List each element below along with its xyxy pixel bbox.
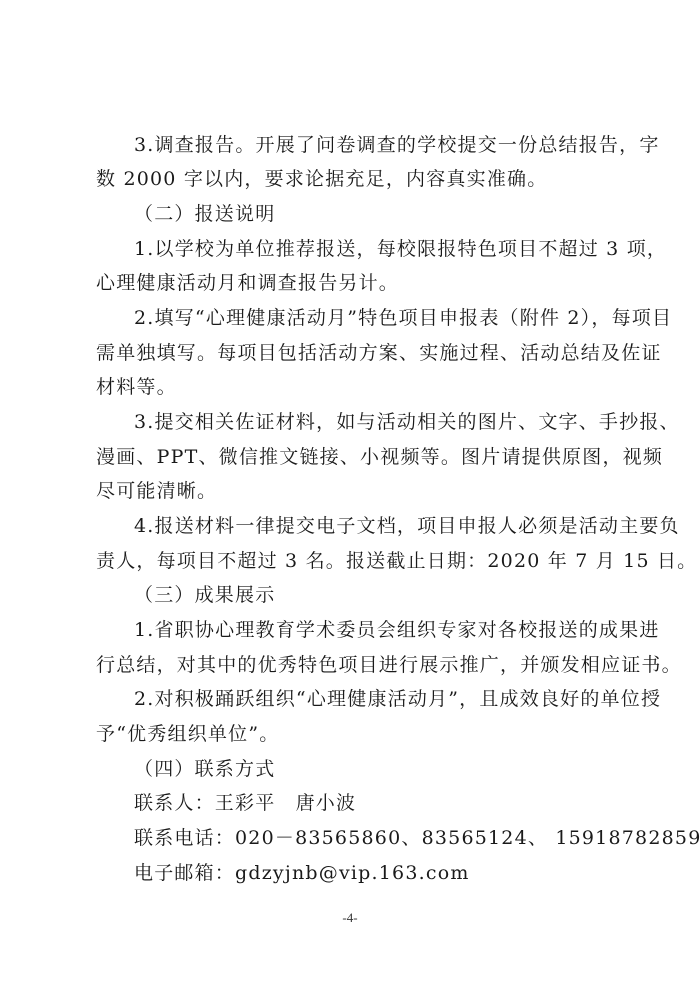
text-line: 4.报送材料一律提交电子文档，项目申报人必须是活动主要负 — [134, 514, 602, 538]
text-line: 心理健康活动月和调查报告另计。 — [96, 271, 602, 295]
text-line: 行总结，对其中的优秀特色项目进行展示推广，并颁发相应证书。 — [96, 653, 602, 677]
text-line: 电子邮箱：gdzyjnb@vip.163.com — [134, 861, 602, 885]
text-line: 联系人：王彩平 唐小波 — [134, 791, 602, 815]
text-line: 责人，每项目不超过 3 名。报送截止日期：2020 年 7 月 15 日。 — [96, 549, 602, 573]
text-line: （二）报送说明 — [134, 202, 602, 226]
text-line: （三）成果展示 — [134, 583, 602, 607]
text-line: 需单独填写。每项目包括活动方案、实施过程、活动总结及佐证 — [96, 341, 602, 365]
text-line: 2.填写“心理健康活动月”特色项目申报表（附件 2），每项目 — [134, 306, 602, 330]
text-line: 1.省职协心理教育学术委员会组织专家对各校报送的成果进 — [134, 618, 602, 642]
document-page: 3.调查报告。开展了问卷调查的学校提交一份总结报告，字数 2000 字以内，要求… — [0, 0, 700, 990]
text-line: 漫画、PPT、微信推文链接、小视频等。图片请提供原图，视频 — [96, 445, 602, 469]
text-line: 联系电话：020－83565860、83565124、 15918782859 — [134, 826, 602, 850]
page-number: -4- — [0, 910, 700, 926]
text-line: 尽可能清晰。 — [96, 479, 602, 503]
text-line: 予“优秀组织单位”。 — [96, 722, 602, 746]
text-line: 材料等。 — [96, 375, 602, 399]
text-line: 1.以学校为单位推荐报送，每校限报特色项目不超过 3 项， — [134, 237, 602, 261]
text-line: 3.提交相关佐证材料，如与活动相关的图片、文字、手抄报、 — [134, 410, 602, 434]
text-line: （四）联系方式 — [134, 757, 602, 781]
text-line: 2.对积极踊跃组织“心理健康活动月”，且成效良好的单位授 — [134, 687, 602, 711]
text-line: 数 2000 字以内，要求论据充足，内容真实准确。 — [96, 167, 602, 191]
text-line: 3.调查报告。开展了问卷调查的学校提交一份总结报告，字 — [134, 133, 602, 157]
